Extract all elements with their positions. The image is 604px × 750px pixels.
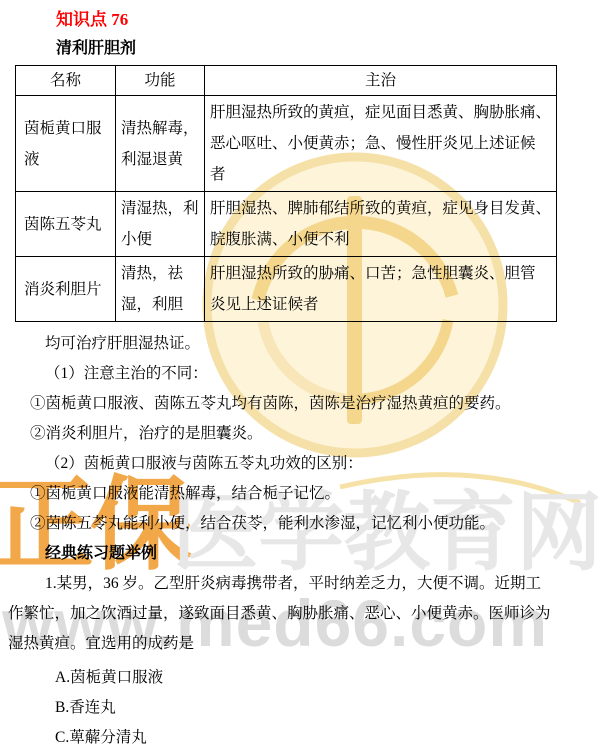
remedy-function: 清热解毒， 利湿退黄 <box>116 96 205 192</box>
knowledge-point-title: 知识点 76 <box>56 9 598 31</box>
remedy-function: 清湿热，利 小便 <box>116 192 205 257</box>
option-c: C.萆薢分清丸 <box>8 723 598 750</box>
practice-heading: 经典练习题举例 <box>8 539 598 569</box>
remedy-indication: 肝胆湿热所致的胁痛、口苦；急性胆囊炎、胆管 炎见上述证候者 <box>205 257 557 322</box>
remedy-name: 茵陈五苓丸 <box>16 192 116 257</box>
remedy-indication: 肝胆湿热、脾肺郁结所致的黄疸，症见身目发黄、 脘腹胀满、小便不利 <box>205 192 557 257</box>
table-row: 茵栀黄口服 液 清热解毒， 利湿退黄 肝胆湿热所致的黄疸，症见面目悉黄、胸胁胀痛… <box>16 96 557 192</box>
option-b: B.香连丸 <box>8 693 598 723</box>
note-line: 均可治疗肝胆湿热证。 <box>8 329 598 359</box>
section-title: 清利肝胆剂 <box>56 38 598 60</box>
document-content: 知识点 76 清利肝胆剂 名称 功能 主治 茵栀黄口服 液 清热解毒， 利湿退黄… <box>0 9 604 750</box>
document-page: 正保 医学教育网 www.med66.com 知识点 76 清利肝胆剂 名称 功… <box>0 0 604 750</box>
table-header-row: 名称 功能 主治 <box>16 66 557 96</box>
note-line: ①茵栀黄口服液、茵陈五苓丸均有茵陈，茵陈是治疗湿热黄疸的要药。 <box>8 389 598 419</box>
remedy-indication: 肝胆湿热所致的黄疸，症见面目悉黄、胸胁胀痛、 恶心呕吐、小便黄赤；急、慢性肝炎见… <box>205 96 557 192</box>
remedies-table: 名称 功能 主治 茵栀黄口服 液 清热解毒， 利湿退黄 肝胆湿热所致的黄疸，症见… <box>15 65 557 322</box>
note-line: （2）茵栀黄口服液与茵陈五苓丸功效的区别： <box>8 449 598 479</box>
note-line: ①茵栀黄口服液能清热解毒，结合栀子记忆。 <box>8 479 598 509</box>
note-line: （1）注意主治的不同： <box>8 359 598 389</box>
remedy-name: 茵栀黄口服 液 <box>16 96 116 192</box>
table-row: 茵陈五苓丸 清湿热，利 小便 肝胆湿热、脾肺郁结所致的黄疸，症见身目发黄、 脘腹… <box>16 192 557 257</box>
remedy-name: 消炎利胆片 <box>16 257 116 322</box>
options-list: A.茵栀黄口服液 B.香连丸 C.萆薢分清丸 <box>8 663 598 750</box>
table-row: 消炎利胆片 清热，祛 湿，利胆 肝胆湿热所致的胁痛、口苦；急性胆囊炎、胆管 炎见… <box>16 257 557 322</box>
notes-section: 均可治疗肝胆湿热证。 （1）注意主治的不同： ①茵栀黄口服液、茵陈五苓丸均有茵陈… <box>8 329 598 539</box>
practice-section: 经典练习题举例 1.某男，36 岁。乙型肝炎病毒携带者，平时纳差乏力，大便不调。… <box>8 539 598 750</box>
note-line: ②消炎利胆片，治疗的是胆囊炎。 <box>8 419 598 449</box>
question-text: 1.某男，36 岁。乙型肝炎病毒携带者，平时纳差乏力，大便不调。近期工 作繁忙，… <box>8 569 598 659</box>
note-line: ②茵陈五苓丸能利小便，结合茯苓，能利水渗湿，记忆利小便功能。 <box>8 509 598 539</box>
column-header-function: 功能 <box>116 66 205 96</box>
column-header-name: 名称 <box>16 66 116 96</box>
column-header-indication: 主治 <box>205 66 557 96</box>
remedy-function: 清热，祛 湿，利胆 <box>116 257 205 322</box>
option-a: A.茵栀黄口服液 <box>8 663 598 693</box>
